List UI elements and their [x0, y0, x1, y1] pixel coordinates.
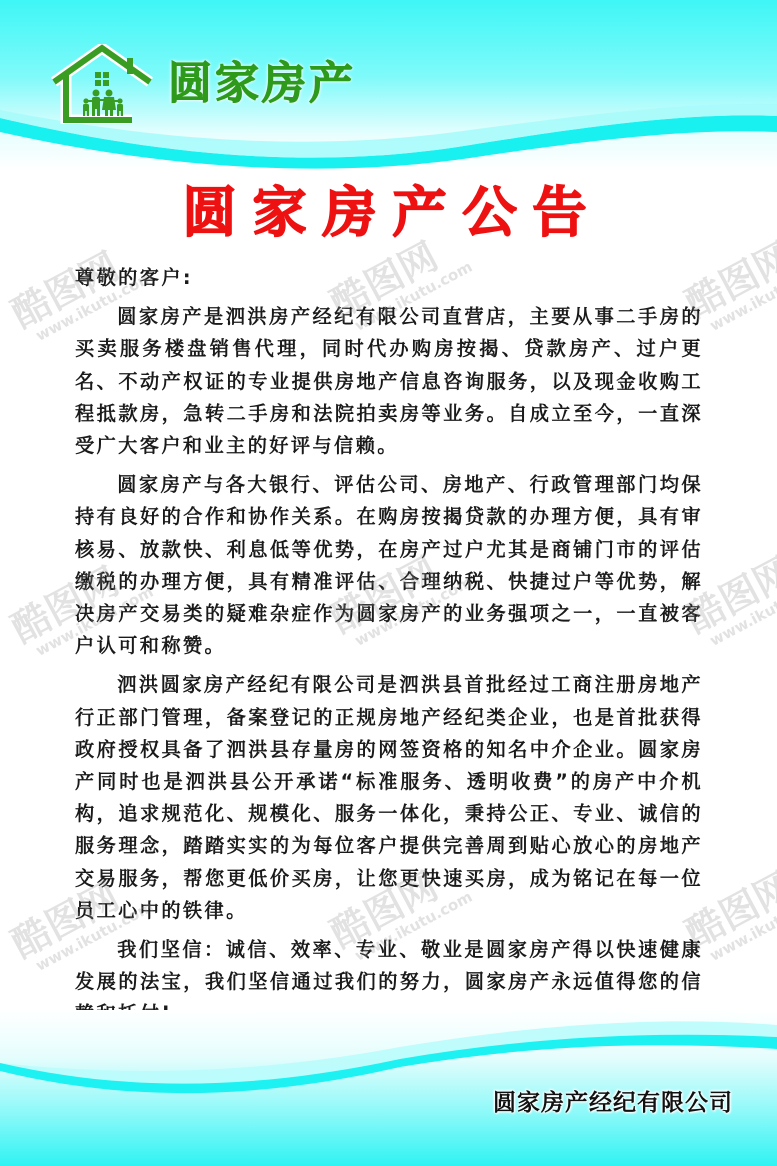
- brand-name: 圆家房产: [168, 62, 356, 106]
- notice-body: 尊敬的客户: 圆家房产是泗洪房产经纪有限公司直营店，主要从事二手房的买卖服务楼盘…: [75, 262, 703, 1031]
- paragraph-intro: 圆家房产是泗洪房产经纪有限公司直营店，主要从事二手房的买卖服务楼盘销售代理，同时…: [75, 301, 703, 462]
- footer-wave-decoration: [0, 1015, 777, 1095]
- paragraph-credentials: 泗洪圆家房产经纪有限公司是泗洪县首批经过工商注册房地产行正部门管理，备案登记的正…: [75, 669, 703, 927]
- company-signature: 圆家房产经纪有限公司: [493, 1084, 733, 1117]
- greeting: 尊敬的客户:: [75, 262, 703, 294]
- paragraph-partnerships: 圆家房产与各大银行、评估公司、房地产、行政管理部门均保持有良好的合作和协作关系。…: [75, 469, 703, 662]
- notice-title: 圆家房产公告: [0, 186, 777, 240]
- house-family-icon: [50, 44, 160, 124]
